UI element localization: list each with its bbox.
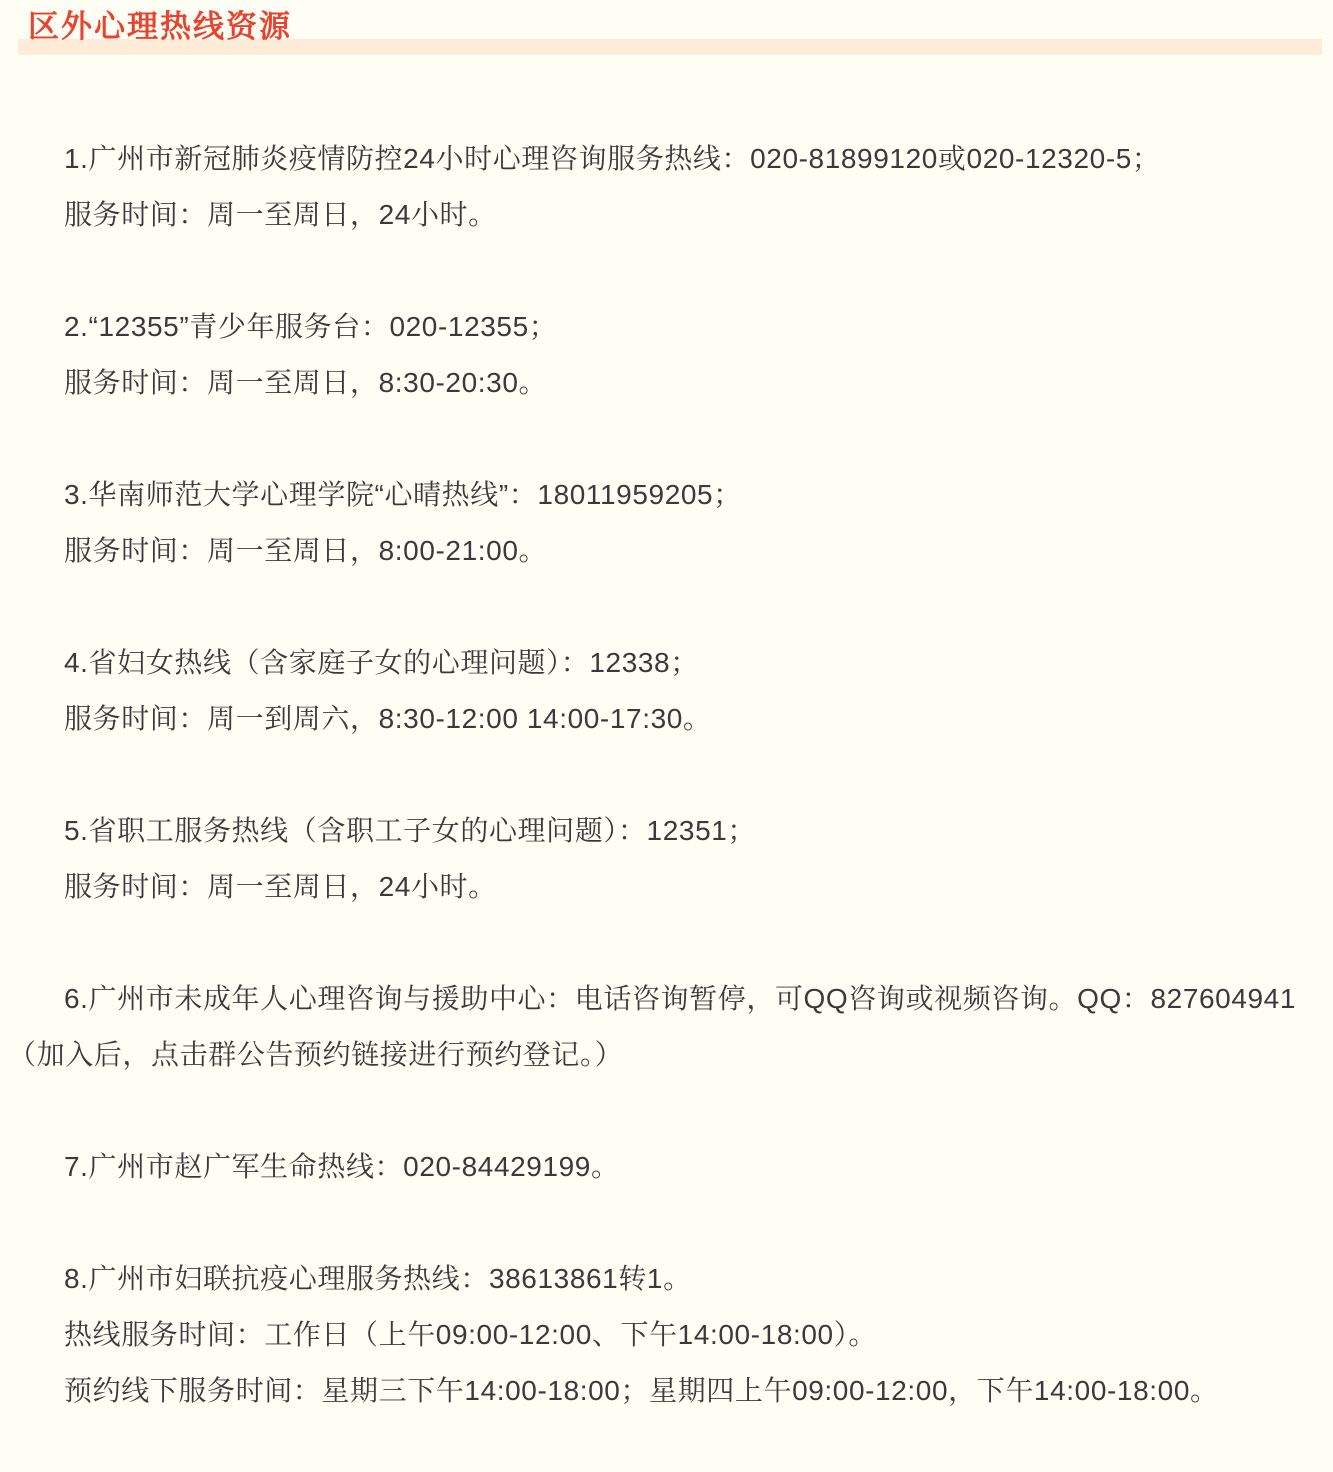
hotline-1-service-hours: 服务时间：周一至周日，24小时。	[8, 187, 1320, 243]
hotline-5-name-number: 5.省职工服务热线（含职工子女的心理问题）：12351；	[8, 803, 1320, 859]
section-title: 区外心理热线资源	[28, 8, 292, 46]
hotline-entry-2: 2.“12355”青少年服务台：020-12355； 服务时间：周一至周日，8:…	[8, 299, 1320, 411]
hotline-entry-8: 8.广州市妇联抗疫心理服务热线：38613861转1。 热线服务时间：工作日（上…	[8, 1251, 1320, 1419]
hotline-entry-5: 5.省职工服务热线（含职工子女的心理问题）：12351； 服务时间：周一至周日，…	[8, 803, 1320, 915]
hotline-4-service-hours: 服务时间：周一到周六，8:30-12:00 14:00-17:30。	[8, 691, 1320, 747]
hotline-1-name-number: 1.广州市新冠肺炎疫情防控24小时心理咨询服务热线：020-81899120或0…	[8, 131, 1320, 187]
hotline-3-name-number: 3.华南师范大学心理学院“心晴热线”：18011959205；	[8, 467, 1320, 523]
hotline-list: 1.广州市新冠肺炎疫情防控24小时心理咨询服务热线：020-81899120或0…	[8, 131, 1320, 1472]
hotline-entry-4: 4.省妇女热线（含家庭子女的心理问题）：12338； 服务时间：周一到周六，8:…	[8, 635, 1320, 747]
hotline-entry-3: 3.华南师范大学心理学院“心晴热线”：18011959205； 服务时间：周一至…	[8, 467, 1320, 579]
hotline-5-service-hours: 服务时间：周一至周日，24小时。	[8, 859, 1320, 915]
hotline-2-name-number: 2.“12355”青少年服务台：020-12355；	[8, 299, 1320, 355]
hotline-entry-7: 7.广州市赵广军生命热线：020-84429199。	[8, 1139, 1320, 1195]
section-header: 区外心理热线资源	[0, 0, 1333, 60]
hotline-8-offline-hours: 预约线下服务时间：星期三下午14:00-18:00；星期四上午09:00-12:…	[8, 1363, 1320, 1419]
hotline-8-name-number: 8.广州市妇联抗疫心理服务热线：38613861转1。	[8, 1251, 1320, 1307]
hotline-7-name-number: 7.广州市赵广军生命热线：020-84429199。	[8, 1139, 1320, 1195]
hotline-8-service-hours: 热线服务时间：工作日（上午09:00-12:00、下午14:00-18:00）。	[8, 1307, 1320, 1363]
hotline-4-name-number: 4.省妇女热线（含家庭子女的心理问题）：12338；	[8, 635, 1320, 691]
hotline-entry-1: 1.广州市新冠肺炎疫情防控24小时心理咨询服务热线：020-81899120或0…	[8, 131, 1320, 243]
hotline-entry-6: 6.广州市未成年人心理咨询与援助中心：电话咨询暂停，可QQ咨询或视频咨询。QQ：…	[8, 971, 1320, 1083]
hotline-2-service-hours: 服务时间：周一至周日，8:30-20:30。	[8, 355, 1320, 411]
hotline-3-service-hours: 服务时间：周一至周日，8:00-21:00。	[8, 523, 1320, 579]
hotline-6-description: 6.广州市未成年人心理咨询与援助中心：电话咨询暂停，可QQ咨询或视频咨询。QQ：…	[8, 971, 1320, 1083]
